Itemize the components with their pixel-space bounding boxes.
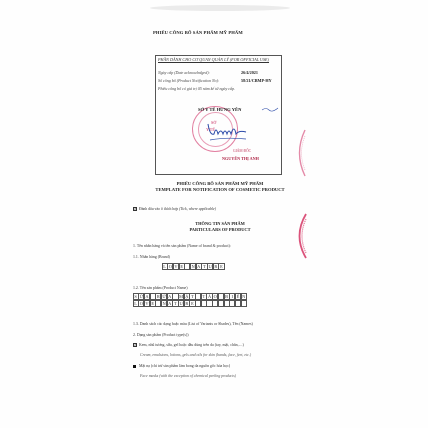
filled-box-icon (133, 365, 136, 368)
issuing-department: SỞ Y TẾ HƯNG YÊN (198, 107, 241, 112)
director-signature-icon (206, 122, 248, 146)
tick-instruction-en: (Tick, where applicable) (179, 207, 216, 211)
grid-cell (241, 300, 247, 307)
date-acknowledged-label: Ngày cấp (Date acknowledged): (158, 70, 210, 75)
notification-number-label: Số công bố (Product Notification No): (158, 78, 219, 83)
section-1-heading: 1. Tên nhãn hàng và tên sản phẩm (Name o… (133, 244, 231, 248)
official-use-header: PHẦN DÀNH CHO CƠ QUAN QUẢN LÝ (FOR OFFIC… (158, 57, 280, 62)
brand-name-grid: LOVE NATURE (162, 263, 225, 270)
document-top-title: PHIẾU CÔNG BỐ SẢN PHẨM MỸ PHẨM (153, 30, 243, 35)
product-type-option-cream-en: Cream, emulsions, lotions, gels and oils… (140, 353, 251, 357)
signer-name: NGUYỄN THỊ ANH (222, 156, 259, 161)
product-type-option-cream-vi: Kem, nhũ tương, sữa, gel hoặc dầu dùng t… (139, 343, 244, 347)
notification-number-value: 58/21/CBMP-HY (241, 78, 272, 83)
date-acknowledged-value: 26/4/2021 (241, 70, 258, 75)
scan-noise (150, 5, 290, 11)
edge-seal-stamp-icon (293, 128, 307, 178)
tick-instruction: ☒ Đánh dấu vào ô thích hợp (Tick, where … (133, 207, 216, 211)
signer-role: GIÁM ĐỐC (233, 149, 251, 153)
section-2-heading: 2. Dạng sản phẩm (Product type(s)) (133, 333, 189, 337)
checked-box-icon: ☒ (133, 343, 137, 347)
product-type-option-mask-en: Face masks (with the exception of chemic… (140, 374, 236, 378)
initials-signature-icon (261, 106, 279, 112)
scanned-document-page: PHIẾU CÔNG BỐ SẢN PHẨM MỸ PHẨM PHẦN DÀNH… (0, 0, 428, 428)
grid-cell: E (218, 263, 224, 270)
official-use-box: PHẦN DÀNH CHO CƠ QUAN QUẢN LÝ (FOR OFFIC… (155, 55, 282, 175)
section-1-3-heading: 1.3. Danh sách các dạng hoặc màu (List o… (133, 322, 253, 326)
edge-seal-stamp-icon (293, 212, 307, 260)
product-type-option-cream: ☒ Kem, nhũ tương, sữa, gel hoặc dầu dùng… (133, 343, 244, 347)
template-title-en: TEMPLATE FOR NOTIFICATION OF COSMETIC PR… (130, 187, 310, 193)
checked-box-icon: ☒ (133, 207, 137, 211)
product-name-grid-row-2: LOVE NATURE (133, 300, 247, 307)
particulars-title-en: PARTICULARS OF PRODUCT (130, 227, 310, 233)
section-1-2-heading: 1.2. Tên sản phẩm (Product Name) (133, 286, 188, 290)
grid-cell: N (241, 293, 247, 300)
product-type-option-mask: Mặt nạ (chỉ trừ sản phẩm làm bong da ngu… (133, 364, 230, 368)
tick-instruction-vi: Đánh dấu vào ô thích hợp (139, 207, 178, 211)
particulars-title: THÔNG TIN SẢN PHẨM PARTICULARS OF PRODUC… (130, 221, 310, 232)
validity-note: Phiếu công bố có giá trị 05 năm kể từ ng… (158, 86, 235, 91)
template-title: PHIẾU CÔNG BỐ SẢN PHẨM MỸ PHẨM TEMPLATE … (130, 181, 310, 193)
product-type-option-mask-vi: Mặt nạ (chỉ trừ sản phẩm làm bong da ngu… (139, 364, 230, 368)
product-name-grid-row-1: SỮA RỬA MẶT TẢO BIỂN (133, 293, 247, 300)
section-1-1-heading: 1.1. Nhãn hàng (Brand) (133, 255, 170, 259)
